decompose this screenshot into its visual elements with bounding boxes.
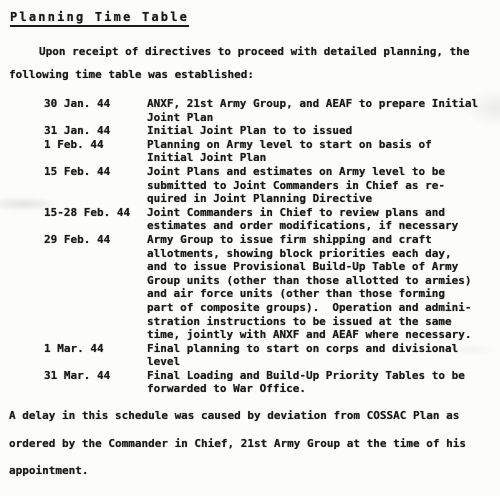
- timetable-description: Joint Commanders in Chief to review plan…: [147, 206, 492, 233]
- timetable-date: 15 Feb. 44: [44, 165, 147, 179]
- timetable-date: 31 Jan. 44: [44, 124, 147, 138]
- document-title: Planning Time Table: [10, 10, 189, 27]
- timetable-row: 29 Feb. 44 Army Group to issue firm ship…: [9, 233, 492, 342]
- timetable-row: 31 Jan. 44 Initial Joint Plan to to issu…: [9, 124, 492, 138]
- document-body: Planning Time Table Upon receipt of dire…: [0, 0, 500, 485]
- timetable-description: Planning on Army level to start on basis…: [147, 138, 492, 165]
- timetable-description: Final planning to start on corps and div…: [147, 342, 492, 369]
- timetable-row: 15 Feb. 44 Joint Plans and estimates on …: [9, 165, 492, 206]
- planning-timetable: 30 Jan. 44 ANXF, 21st Army Group, and AE…: [9, 97, 492, 396]
- timetable-date: 15-28 Feb. 44: [44, 206, 147, 220]
- timetable-date: 1 Mar. 44: [44, 342, 147, 356]
- timetable-date: 30 Jan. 44: [44, 97, 147, 111]
- timetable-date: 31 Mar. 44: [44, 369, 147, 383]
- timetable-row: 1 Mar. 44 Final planning to start on cor…: [9, 342, 492, 369]
- timetable-row: 1 Feb. 44 Planning on Army level to star…: [9, 138, 492, 165]
- timetable-description: Joint Plans and estimates on Army level …: [147, 165, 492, 206]
- timetable-description: Initial Joint Plan to to issued: [147, 124, 492, 138]
- timetable-row: 30 Jan. 44 ANXF, 21st Army Group, and AE…: [9, 97, 492, 124]
- closing-paragraph: A delay in this schedule was caused by d…: [9, 402, 492, 485]
- document-page: Planning Time Table Upon receipt of dire…: [0, 0, 500, 496]
- timetable-row: 15-28 Feb. 44 Joint Commanders in Chief …: [9, 206, 492, 233]
- timetable-row: 31 Mar. 44 Final Loading and Build-Up Pr…: [9, 369, 492, 396]
- timetable-description: ANXF, 21st Army Group, and AEAF to prepa…: [147, 97, 492, 124]
- intro-paragraph: Upon receipt of directives to proceed wi…: [9, 40, 492, 86]
- timetable-description: Final Loading and Build-Up Priority Tabl…: [147, 369, 492, 396]
- timetable-date: 1 Feb. 44: [44, 138, 147, 152]
- timetable-description: Army Group to issue firm shipping and cr…: [147, 233, 492, 342]
- timetable-date: 29 Feb. 44: [44, 233, 147, 247]
